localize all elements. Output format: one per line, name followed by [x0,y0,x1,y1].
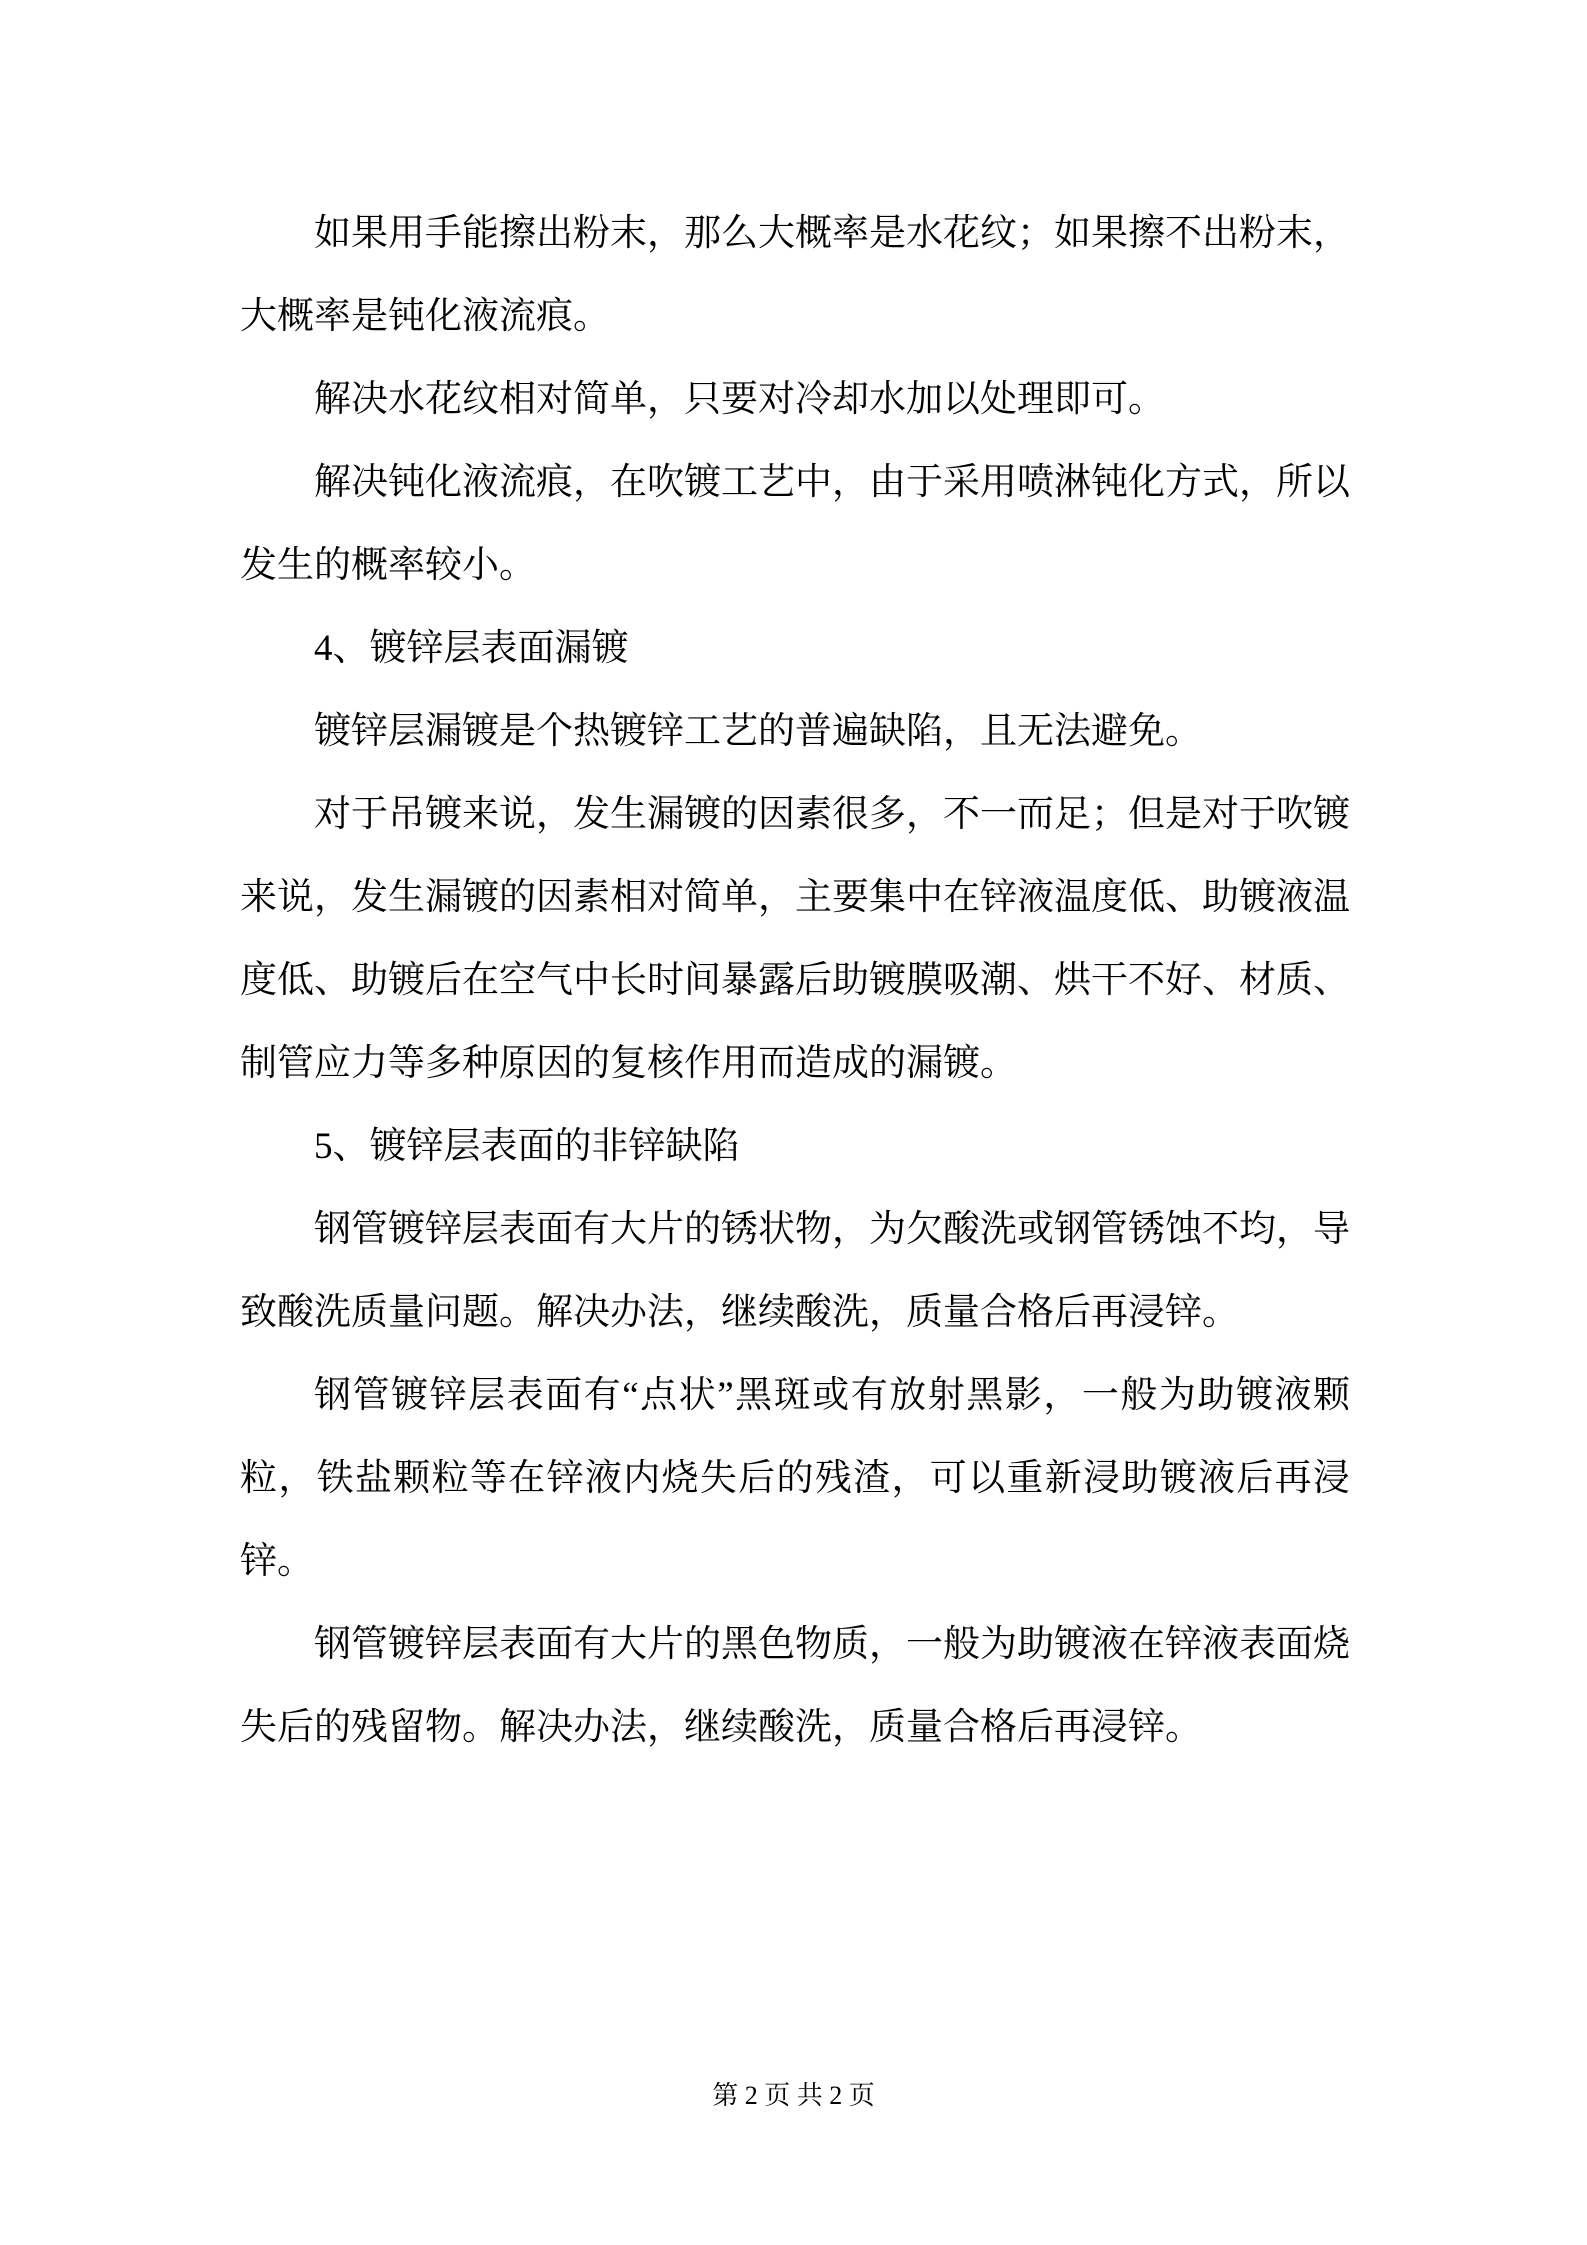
paragraph: 如果用手能擦出粉末，那么大概率是水花纹；如果擦不出粉末，大概率是钝化液流痕。 [240,192,1350,358]
paragraph: 钢管镀锌层表面有大片的锈状物，为欠酸洗或钢管锈蚀不均，导致酸洗质量问题。解决办法… [240,1188,1350,1354]
page-number-footer: 第 2 页 共 2 页 [0,2078,1587,2114]
document-body: 如果用手能擦出粉末，那么大概率是水花纹；如果擦不出粉末，大概率是钝化液流痕。 解… [240,192,1350,1769]
section-heading: 5、镀锌层表面的非锌缺陷 [240,1105,1350,1188]
paragraph: 镀锌层漏镀是个热镀锌工艺的普遍缺陷，且无法避免。 [240,690,1350,773]
document-page: 如果用手能擦出粉末，那么大概率是水花纹；如果擦不出粉末，大概率是钝化液流痕。 解… [0,0,1587,2245]
paragraph: 解决水花纹相对简单，只要对冷却水加以处理即可。 [240,358,1350,441]
paragraph: 钢管镀锌层表面有大片的黑色物质，一般为助镀液在锌液表面烧失后的残留物。解决办法，… [240,1603,1350,1769]
page-number-label: 第 2 页 共 2 页 [712,2081,875,2110]
section-heading: 4、镀锌层表面漏镀 [240,607,1350,690]
paragraph: 对于吊镀来说，发生漏镀的因素很多，不一而足；但是对于吹镀来说，发生漏镀的因素相对… [240,773,1350,1105]
paragraph: 钢管镀锌层表面有“点状”黑斑或有放射黑影，一般为助镀液颗粒，铁盐颗粒等在锌液内烧… [240,1354,1350,1603]
paragraph: 解决钝化液流痕，在吹镀工艺中，由于采用喷淋钝化方式，所以发生的概率较小。 [240,441,1350,607]
